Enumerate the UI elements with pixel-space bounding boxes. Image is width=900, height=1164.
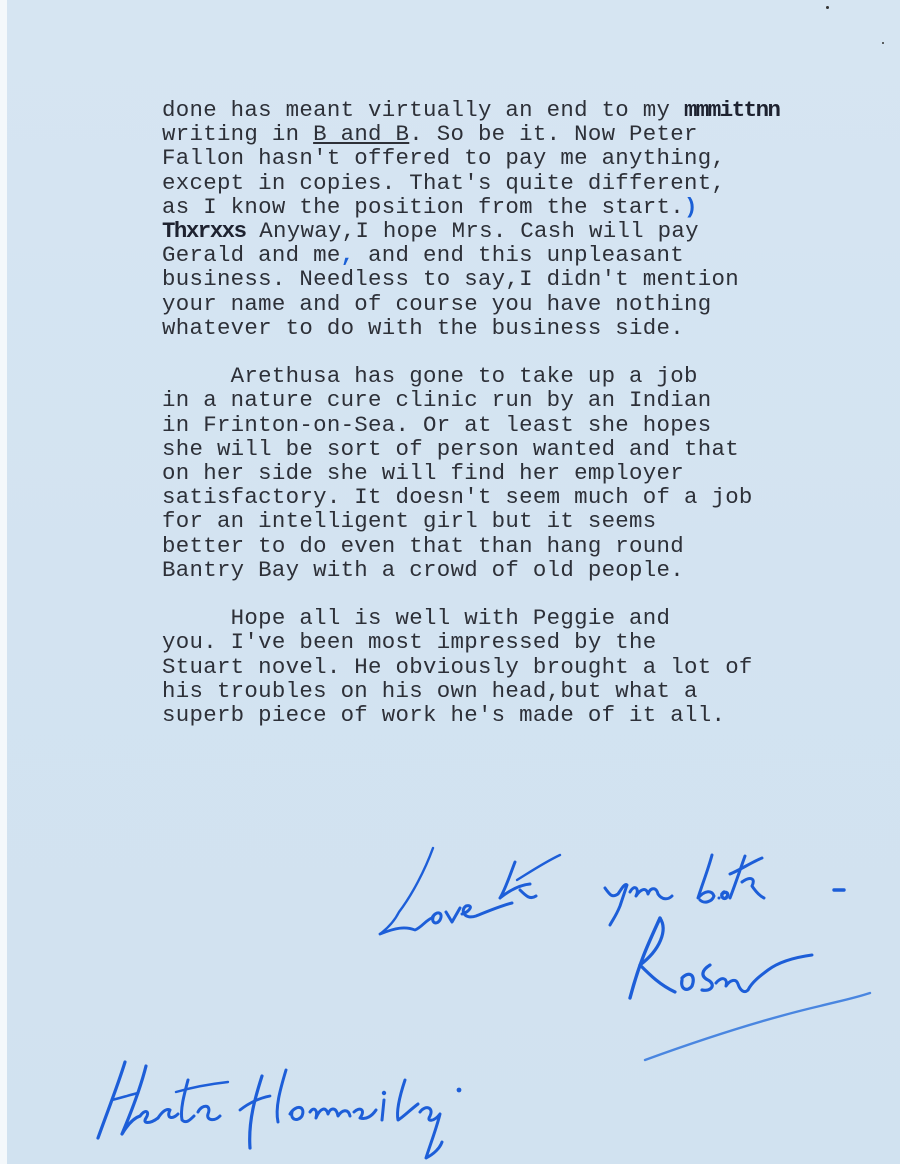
handwriting-layer [0, 0, 900, 1164]
signature-underline [645, 993, 870, 1060]
paper-speck [826, 6, 829, 9]
handwritten-annotation [98, 1062, 442, 1158]
handwritten-signature [630, 918, 812, 998]
paper-speck [882, 42, 884, 44]
handwritten-closing [380, 848, 844, 934]
